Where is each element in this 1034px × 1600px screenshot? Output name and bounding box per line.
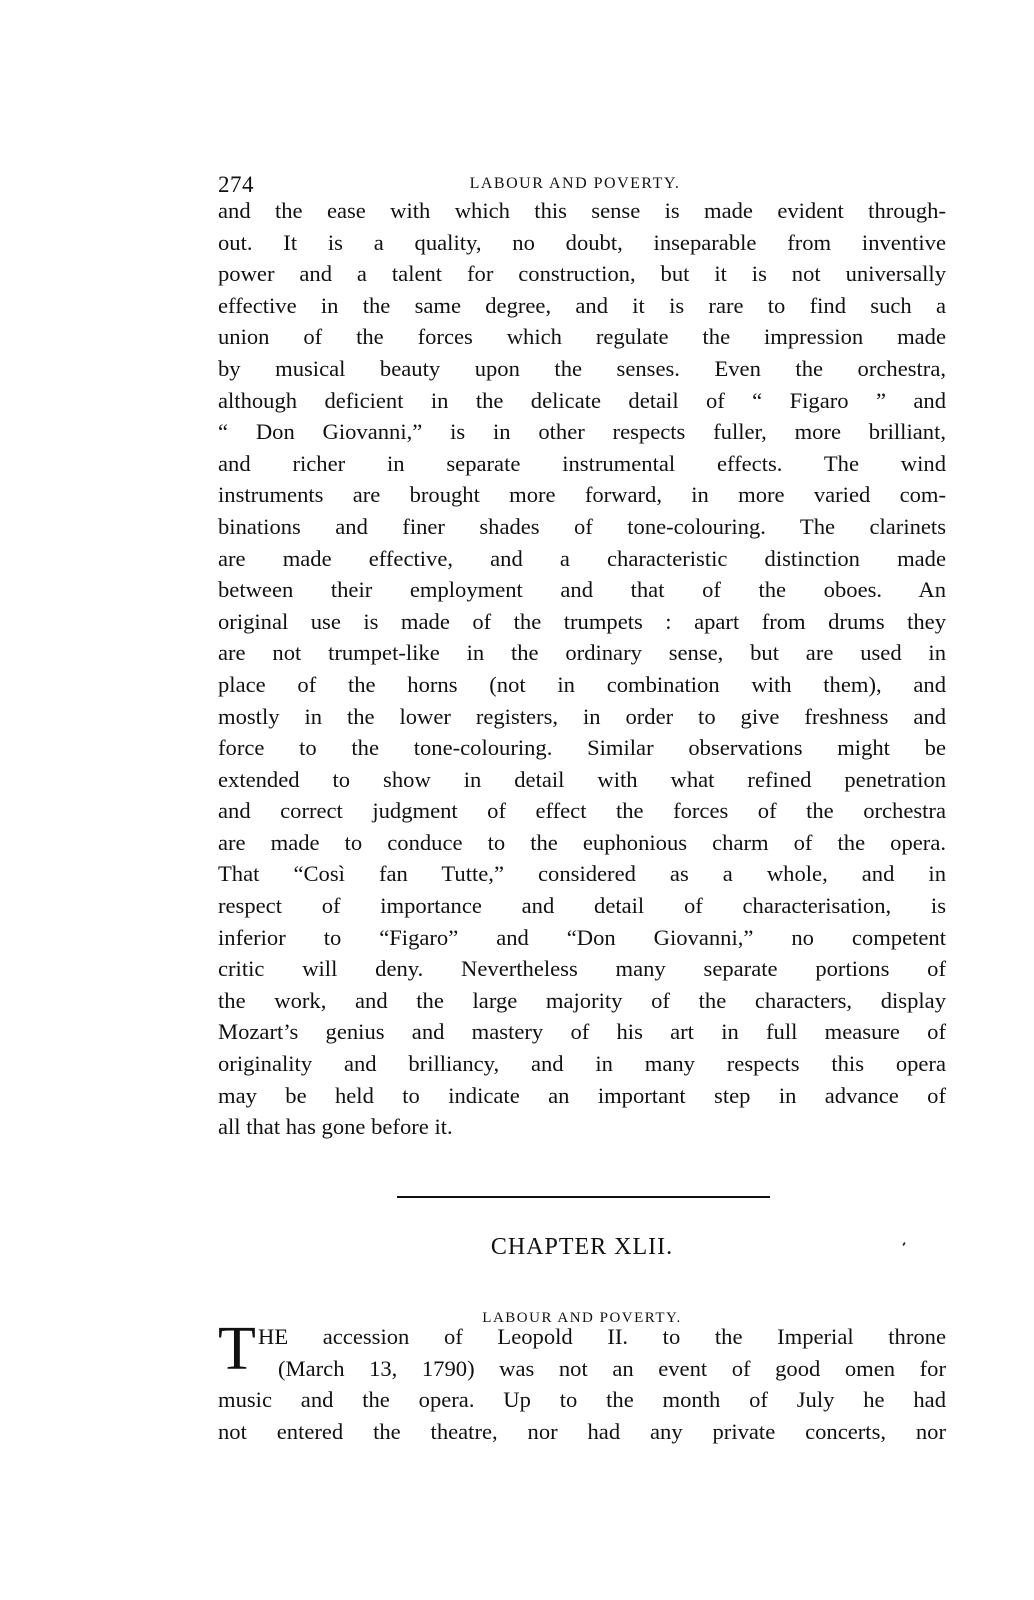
text-line: between their employment and that of the… <box>218 574 946 606</box>
text-line: “ Don Giovanni,” is in other respects fu… <box>218 416 946 448</box>
text-line: instruments are brought more forward, in… <box>218 479 946 511</box>
text-line: original use is made of the trumpets : a… <box>218 606 946 638</box>
text-line: out. It is a quality, no doubt, insepara… <box>218 227 946 259</box>
text-line: may be held to indicate an important ste… <box>218 1080 946 1112</box>
text-line: are not trumpet-like in the ordinary sen… <box>218 637 946 669</box>
text-line: although deficient in the delicate detai… <box>218 385 946 417</box>
text-line: not entered the theatre, nor had any pri… <box>218 1416 946 1448</box>
text-line: music and the opera. Up to the month of … <box>218 1384 946 1416</box>
text-line: critic will deny. Nevertheless many sepa… <box>218 953 946 985</box>
text-line: power and a talent for construction, but… <box>218 258 946 290</box>
text-line: and the ease with which this sense is ma… <box>218 195 946 227</box>
text-line: union of the forces which regulate the i… <box>218 321 946 353</box>
text-line: place of the horns (not in combination w… <box>218 669 946 701</box>
text-line: mostly in the lower registers, in order … <box>218 701 946 733</box>
text-line: are made to conduce to the euphonious ch… <box>218 827 946 859</box>
book-page: 274 LABOUR AND POVERTY. and the ease wit… <box>0 0 1034 1600</box>
text-line: That “Così fan Tutte,” considered as a w… <box>218 858 946 890</box>
text-line: force to the tone-colouring. Similar obs… <box>218 732 946 764</box>
text-line: Mozart’s genius and mastery of his art i… <box>218 1016 946 1048</box>
drop-cap: T <box>218 1321 256 1377</box>
chapter-title: CHAPTER XLII. <box>218 1234 946 1261</box>
text-line: inferior to “Figaro” and “Don Giovanni,”… <box>218 922 946 954</box>
text-line: the work, and the large majority of the … <box>218 985 946 1017</box>
section-divider-rule <box>397 1196 770 1198</box>
text-line: respect of importance and detail of char… <box>218 890 946 922</box>
text-line: effective in the same degree, and it is … <box>218 290 946 322</box>
text-line: binations and finer shades of tone-colou… <box>218 511 946 543</box>
text-line: are made effective, and a characteristic… <box>218 543 946 575</box>
running-title: LABOUR AND POVERTY. <box>218 175 946 193</box>
body-paragraph: and the ease with which this sense is ma… <box>218 195 946 1143</box>
text-line: (March 13, 1790) was not an event of goo… <box>218 1353 946 1385</box>
chapter-opening-paragraph: T HE accession of Leopold II. to the Imp… <box>218 1321 946 1447</box>
text-line: and correct judgment of effect the force… <box>218 795 946 827</box>
text-line: extended to show in detail with what ref… <box>218 764 946 796</box>
text-line: and richer in separate instrumental effe… <box>218 448 946 480</box>
running-head: 274 LABOUR AND POVERTY. <box>218 172 946 196</box>
text-line: originality and brilliancy, and in many … <box>218 1048 946 1080</box>
text-line: all that has gone before it. <box>218 1111 946 1143</box>
text-line: by musical beauty upon the senses. Even … <box>218 353 946 385</box>
text-line: HE accession of Leopold II. to the Imper… <box>218 1321 946 1353</box>
